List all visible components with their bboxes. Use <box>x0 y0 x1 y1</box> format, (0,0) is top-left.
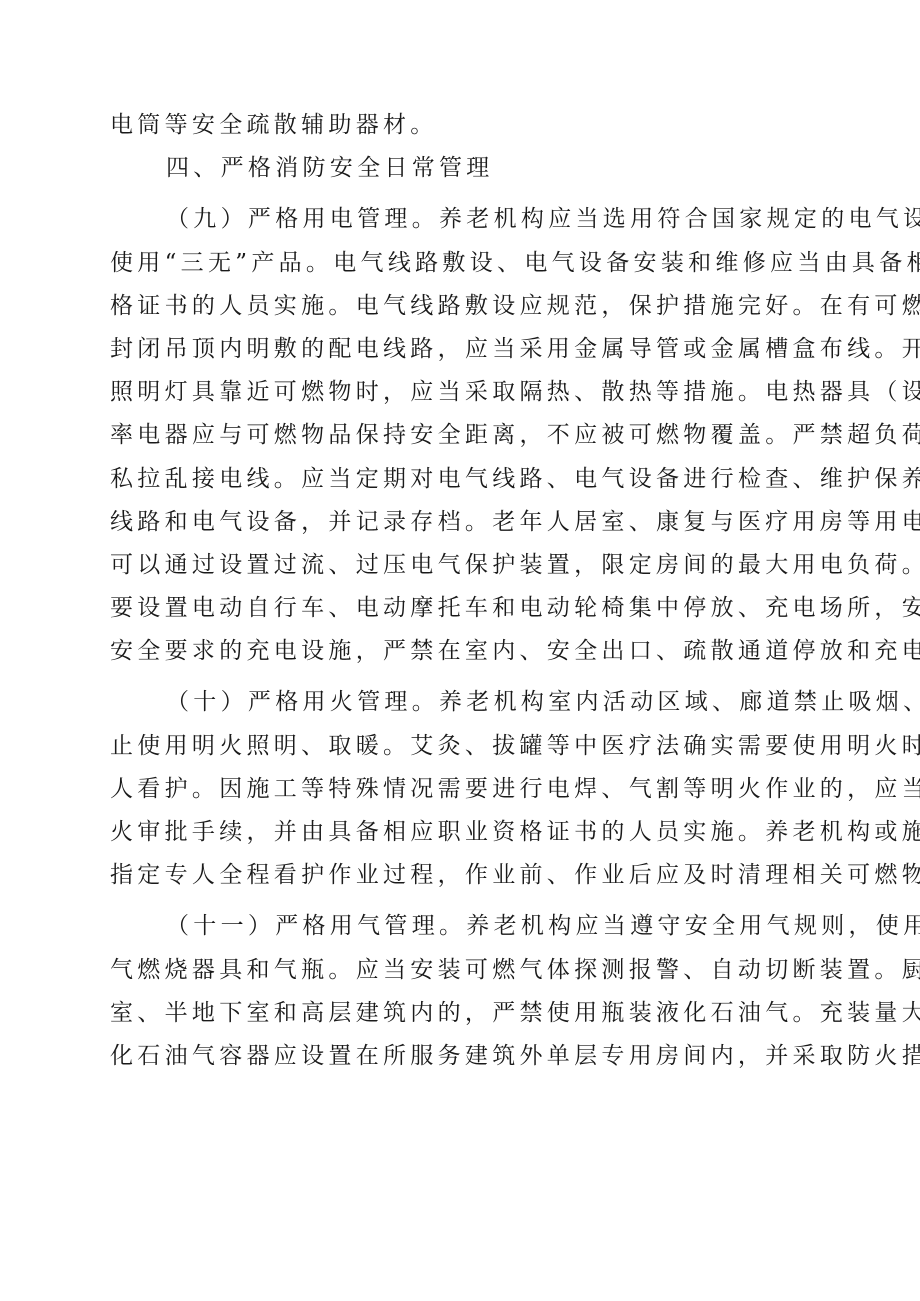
text-line: 电筒等安全疏散辅助器材。 <box>110 104 814 147</box>
text-line: 安全要求的充电设施，严禁在室内、安全出口、疏散通道停放和充电。 <box>110 630 814 673</box>
text-line: 线路和电气设备，并记录存档。老年人居室、康复与医疗用房等用电量大的房间 <box>110 501 814 544</box>
text-line: （十一）严格用气管理。养老机构应当遵守安全用气规则，使用合格的燃 <box>110 905 814 948</box>
text-line: 可以通过设置过流、过压电气保护装置，限定房间的最大用电负荷。应当根据需 <box>110 544 814 587</box>
text-line: （十）严格用火管理。养老机构室内活动区域、廊道禁止吸烟、烧香。禁 <box>110 681 814 724</box>
text-line: 要设置电动自行车、电动摩托车和电动轮椅集中停放、充电场所，安装符合用电 <box>110 587 814 630</box>
text-line: 私拉乱接电线。应当定期对电气线路、电气设备进行检查、维护保养、检测电气 <box>110 458 814 501</box>
text-line: 人看护。因施工等特殊情况需要进行电焊、气割等明火作业的，应当依法办理动 <box>110 768 814 811</box>
text-line: 止使用明火照明、取暖。艾灸、拔罐等中医疗法确实需要使用明火时，应当有专 <box>110 725 814 768</box>
text-line: 封闭吊顶内明敷的配电线路，应当采用金属导管或金属槽盒布线。开关、插座和 <box>110 328 814 371</box>
section-heading-text: 四、严格消防安全日常管理 <box>110 147 814 190</box>
text-line: 指定专人全程看护作业过程，作业前、作业后应及时清理相关可燃物。 <box>110 854 814 897</box>
section-heading: 四、严格消防安全日常管理 <box>110 147 814 190</box>
text-line: 照明灯具靠近可燃物时，应当采取隔热、散热等措施。电热器具（设备）及大功 <box>110 371 814 414</box>
document-page: 电筒等安全疏散辅助器材。 四、严格消防安全日常管理 （九）严格用电管理。养老机构… <box>110 104 814 1078</box>
text-line: 格证书的人员实施。电气线路敷设应规范，保护措施完好。在有可燃物的闷顶和 <box>110 285 814 328</box>
text-line: 使用“三无”产品。电气线路敷设、电气设备安装和维修应当由具备相应职业资 <box>110 242 814 285</box>
paragraph-continuation: 电筒等安全疏散辅助器材。 <box>110 104 814 147</box>
paragraph-item-11: （十一）严格用气管理。养老机构应当遵守安全用气规则，使用合格的燃 气燃烧器具和气… <box>110 905 814 1078</box>
text-line: 室、半地下室和高层建筑内的，严禁使用瓶装液化石油气。充装量大于 50Kg 的液 <box>110 992 814 1035</box>
text-line: 率电器应与可燃物品保持安全距离，不应被可燃物覆盖。严禁超负荷用电，不得 <box>110 414 814 457</box>
text-line: （九）严格用电管理。养老机构应当选用符合国家规定的电气设备，严禁 <box>110 198 814 241</box>
paragraph-item-9: （九）严格用电管理。养老机构应当选用符合国家规定的电气设备，严禁 使用“三无”产… <box>110 198 814 673</box>
text-line: 气燃烧器具和气瓶。应当安装可燃气体探测报警、自动切断装置。厨房设在地下 <box>110 949 814 992</box>
text-line: 化石油气容器应设置在所服务建筑外单层专用房间内，并采取防火措施。养老机 <box>110 1035 814 1078</box>
paragraph-item-10: （十）严格用火管理。养老机构室内活动区域、廊道禁止吸烟、烧香。禁 止使用明火照明… <box>110 681 814 897</box>
text-line: 火审批手续，并由具备相应职业资格证书的人员实施。养老机构或施工单位应当 <box>110 811 814 854</box>
